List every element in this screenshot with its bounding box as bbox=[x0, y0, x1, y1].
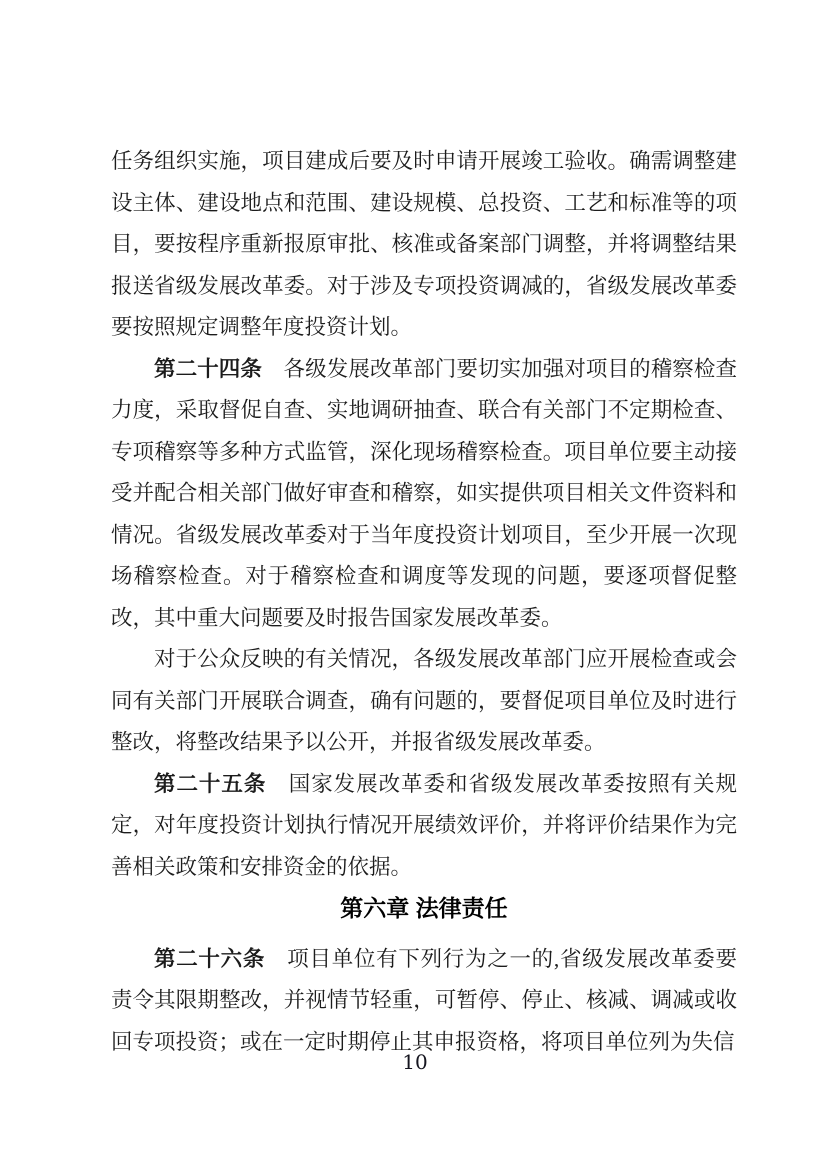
chapter-heading: 第六章 法律责任 bbox=[111, 888, 737, 930]
article-25-number: 第二十五条 bbox=[154, 772, 266, 796]
paragraph-article-24: 第二十四条 各级发展改革部门要切实加强对项目的稽察检查力度，采取督促自查、实地调… bbox=[111, 349, 737, 640]
paragraph-continuation: 任务组织实施，项目建成后要及时申请开展竣工验收。确需调整建设主体、建设地点和范围… bbox=[111, 141, 737, 349]
paragraph-article-25: 第二十五条 国家发展改革委和省级发展改革委按照有关规定，对年度投资计划执行情况开… bbox=[111, 764, 737, 889]
page-number: 10 bbox=[402, 1050, 427, 1074]
paragraph-article-26: 第二十六条 项目单位有下列行为之一的,省级发展改革委要责令其限期整改，并视情节轻… bbox=[111, 939, 737, 1064]
document-body: 任务组织实施，项目建成后要及时申请开展竣工验收。确需调整建设主体、建设地点和范围… bbox=[111, 141, 737, 1063]
article-26-number: 第二十六条 bbox=[154, 947, 265, 971]
article-24-text: 各级发展改革部门要切实加强对项目的稽察检查力度，采取督促自查、实地调研抽查、联合… bbox=[111, 357, 737, 630]
document-page: 任务组织实施，项目建成后要及时申请开展竣工验收。确需调整建设主体、建设地点和范围… bbox=[0, 0, 830, 1176]
page-footer: 10 bbox=[0, 1049, 830, 1075]
article-24-number: 第二十四条 bbox=[154, 357, 262, 381]
paragraph-public-feedback: 对于公众反映的有关情况，各级发展改革部门应开展检查或会同有关部门开展联合调查，确… bbox=[111, 639, 737, 764]
